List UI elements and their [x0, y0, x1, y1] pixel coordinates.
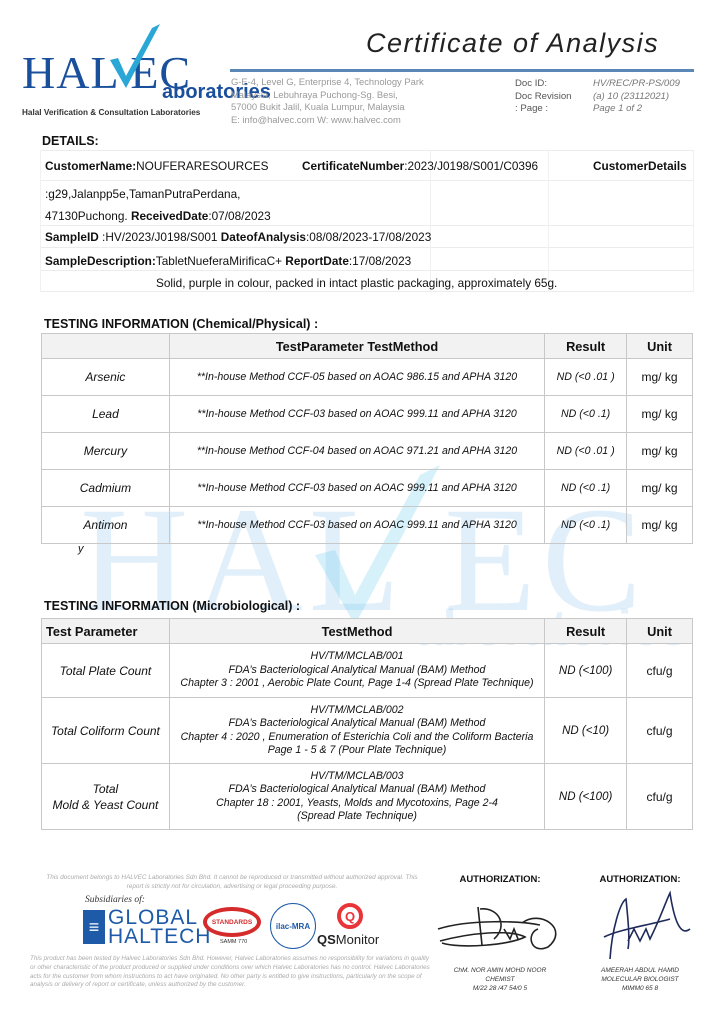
test-method: HV/TM/MCLAB/001FDA’s Bacteriological Ana…	[169, 644, 544, 698]
authorizer-role: MOLECULAR BIOLOGIST	[570, 975, 710, 984]
method-line: FDA’s Bacteriological Analytical Manual …	[170, 783, 544, 797]
test-unit: mg/ kg	[627, 470, 693, 507]
test-unit: cfu/g	[627, 644, 693, 698]
test-parameter: Antimon	[42, 507, 170, 544]
authorization-chemist: AUTHORIZATION: ChM. NOR AMIN MOHD NOOR C…	[430, 874, 570, 993]
test-method: **In-house Method CCF-04 based on AOAC 9…	[169, 433, 544, 470]
test-parameter: Total Plate Count	[42, 644, 170, 698]
authorizer-name: AMEERAH ABDUL HAMID	[570, 966, 710, 975]
subsidiaries-label: Subsidiaries of:	[85, 895, 145, 905]
doc-page-label: : Page :	[515, 103, 593, 116]
table-header-row: TestParameter TestMethod Result Unit	[42, 334, 693, 359]
customer-address-line1: :g29,Jalanpp5e,TamanPutraPerdana,	[45, 187, 240, 201]
test-result: ND (<100)	[545, 764, 627, 830]
test-unit: mg/ kg	[627, 359, 693, 396]
qs-text: QS	[317, 932, 336, 947]
column-header	[42, 334, 170, 359]
report-date-label: ReportDate	[285, 254, 349, 268]
test-result: ND (<0 .1)	[545, 507, 627, 544]
global-haltech-logo: ≡ GLOBAL HALTECH	[83, 908, 211, 946]
qs-monitor-logo: QSMonitor	[317, 932, 379, 947]
column-header-test-method: TestMethod	[169, 619, 544, 644]
authorization-biologist: AUTHORIZATION: AMEERAH ABDUL HAMID MOLEC…	[570, 874, 710, 993]
disclaimer: This product has been tested by Halvec L…	[30, 955, 430, 990]
test-parameter: TotalMold & Yeast Count	[42, 764, 170, 830]
test-method: **In-house Method CCF-05 based on AOAC 9…	[169, 359, 544, 396]
test-unit: mg/ kg	[627, 507, 693, 544]
monitor-text: Monitor	[336, 932, 379, 947]
column-header-unit: Unit	[627, 619, 693, 644]
table-row: Mercury**In-house Method CCF-04 based on…	[42, 433, 693, 470]
address-line: 57000 Bukit Jalil, Kuala Lumpur, Malaysi…	[231, 101, 491, 114]
doc-id-value: HV/REC/PR-PS/009	[593, 78, 680, 91]
parameter-line: Total	[42, 781, 169, 797]
doc-page-value: Page 1 of 2	[593, 103, 642, 116]
received-date-value: :07/08/2023	[208, 209, 270, 223]
date-of-analysis-value: :08/08/2023-17/08/2023	[306, 230, 431, 244]
table-row: Lead**In-house Method CCF-03 based on AO…	[42, 396, 693, 433]
ilac-mra-logo: ilac-MRA	[270, 903, 316, 949]
ilac-text: ilac-MRA	[276, 922, 310, 931]
test-result: ND (<0 .1)	[545, 396, 627, 433]
method-line: HV/TM/MCLAB/001	[170, 650, 544, 664]
authorization-label: AUTHORIZATION:	[430, 874, 570, 885]
test-unit: mg/ kg	[627, 433, 693, 470]
sample-description-row: SampleDescription:TabletNueferaMirificaC…	[45, 254, 411, 268]
method-line: FDA’s Bacteriological Analytical Manual …	[170, 664, 544, 678]
address-received-row: 47130Puchong. ReceivedDate:07/08/2023	[45, 209, 271, 223]
table-row: Total Plate CountHV/TM/MCLAB/001FDA’s Ba…	[42, 644, 693, 698]
global-haltech-text: GLOBAL HALTECH	[108, 908, 211, 946]
customer-name-row: CustomerName:NOUFERARESOURCES	[45, 159, 269, 173]
doc-revision-label: Doc Revision	[515, 91, 593, 104]
method-line: Chapter 18 : 2001, Yeasts, Molds and Myc…	[170, 797, 544, 811]
method-line: FDA’s Bacteriological Analytical Manual …	[170, 717, 544, 731]
signature-icon	[570, 889, 710, 961]
logo-tagline: Halal Verification & Consultation Labora…	[22, 108, 200, 117]
sample-id-label: SampleID	[45, 230, 102, 244]
column-header-result: Result	[545, 619, 627, 644]
checkmark-icon	[104, 20, 164, 100]
sample-id-row: SampleID :HV/2023/J0198/S001 DateofAnaly…	[45, 230, 431, 244]
table-row: TotalMold & Yeast CountHV/TM/MCLAB/003FD…	[42, 764, 693, 830]
test-parameter: Arsenic	[42, 359, 170, 396]
test-method: **In-house Method CCF-03 based on AOAC 9…	[169, 507, 544, 544]
test-parameter: Mercury	[42, 433, 170, 470]
microbiological-results-table: Test Parameter TestMethod Result Unit To…	[41, 618, 693, 830]
authorization-label: AUTHORIZATION:	[570, 874, 710, 885]
halvec-logo: HAL EC aboratories Halal Verification & …	[22, 20, 227, 115]
standards-malaysia-badge: STANDARDS	[203, 907, 261, 937]
microbiological-heading: TESTING INFORMATION (Microbiological) :	[44, 599, 300, 613]
table-row: Total Coliform CountHV/TM/MCLAB/002FDA’s…	[42, 698, 693, 764]
table-row: Antimon**In-house Method CCF-03 based on…	[42, 507, 693, 544]
authorizer-name: ChM. NOR AMIN MOHD NOOR	[430, 966, 570, 975]
method-line: (Spread Plate Technique)	[170, 810, 544, 824]
document-meta: Doc ID:HV/REC/PR-PS/009 Doc Revision(a) …	[515, 78, 680, 116]
test-unit: cfu/g	[627, 764, 693, 830]
test-result: ND (<100)	[545, 644, 627, 698]
test-method: **In-house Method CCF-03 based on AOAC 9…	[169, 470, 544, 507]
authorizer-role: CHEMIST	[430, 975, 570, 984]
standards-badge-text: STANDARDS	[212, 919, 252, 926]
doc-revision-value: (a) 10 (23112021)	[593, 91, 669, 104]
test-result: ND (<10)	[545, 698, 627, 764]
method-line: HV/TM/MCLAB/002	[170, 704, 544, 718]
test-unit: cfu/g	[627, 698, 693, 764]
customer-name-label: CustomerName:	[45, 159, 136, 173]
customer-details-text: CustomerDetails	[593, 159, 687, 173]
global-haltech-icon: ≡	[83, 910, 105, 944]
customer-details-label: CustomerDetails	[593, 159, 687, 173]
method-line: Page 1 - 5 & 7 (Pour Plate Technique)	[170, 744, 544, 758]
report-date-value: :17/08/2023	[349, 254, 411, 268]
global-haltech-line2: HALTECH	[108, 927, 211, 946]
address-contact: E: info@halvec.com W: www.halvec.com	[231, 114, 491, 127]
test-result: ND (<0 .1)	[545, 470, 627, 507]
test-method: HV/TM/MCLAB/003FDA’s Bacteriological Ana…	[169, 764, 544, 830]
document-title: Certificate of Analysis	[366, 28, 659, 59]
customer-address-line2: 47130Puchong.	[45, 209, 131, 223]
date-of-analysis-label: DateofAnalysis	[221, 230, 306, 244]
details-heading: DETAILS:	[42, 134, 99, 148]
method-line: Chapter 4 : 2020 , Enumeration of Esteri…	[170, 731, 544, 745]
table-row: Arsenic**In-house Method CCF-05 based on…	[42, 359, 693, 396]
certificate-number-value: :2023/J0198/S001/C0396	[404, 159, 538, 173]
column-header-test-parameter: Test Parameter	[42, 619, 170, 644]
lab-address: G-E-4, Level G, Enterprise 4, Technology…	[231, 76, 491, 126]
signature-icon	[430, 889, 570, 961]
address-line: G-E-4, Level G, Enterprise 4, Technology…	[231, 76, 491, 89]
title-divider	[230, 69, 694, 72]
certificate-number-label: CertificateNumber	[302, 159, 404, 173]
table-row: Cadmium**In-house Method CCF-03 based on…	[42, 470, 693, 507]
authorizer-registration: MIMM0 65 8	[570, 984, 710, 993]
parameter-line: Total Coliform Count	[42, 723, 169, 739]
doc-id-label: Doc ID:	[515, 78, 593, 91]
test-method: **In-house Method CCF-03 based on AOAC 9…	[169, 396, 544, 433]
stray-text: y	[78, 543, 84, 555]
method-line: HV/TM/MCLAB/003	[170, 770, 544, 784]
test-parameter: Cadmium	[42, 470, 170, 507]
chemical-heading: TESTING INFORMATION (Chemical/Physical) …	[44, 317, 318, 331]
test-result: ND (<0 .01 )	[545, 359, 627, 396]
sample-id-value: :HV/2023/J0198/S001	[102, 230, 221, 244]
column-header-test-method: TestParameter TestMethod	[169, 334, 544, 359]
received-date-label: ReceivedDate	[131, 209, 208, 223]
test-method: HV/TM/MCLAB/002FDA’s Bacteriological Ana…	[169, 698, 544, 764]
sample-description-label: SampleDescription:	[45, 254, 156, 268]
qs-monitor-icon: Q	[337, 903, 363, 929]
test-result: ND (<0 .01 )	[545, 433, 627, 470]
customer-name-value: NOUFERARESOURCES	[136, 159, 268, 173]
chemical-results-table: TestParameter TestMethod Result Unit Ars…	[41, 333, 693, 544]
column-header-result: Result	[545, 334, 627, 359]
samm-label: SAMM 770	[220, 939, 247, 945]
ownership-notice: This document belongs to HALVEC Laborato…	[42, 873, 422, 891]
test-unit: mg/ kg	[627, 396, 693, 433]
test-parameter: Total Coliform Count	[42, 698, 170, 764]
method-line: Chapter 3 : 2001 , Aerobic Plate Count, …	[170, 677, 544, 691]
doc-revision-row: Doc Revision(a) 10 (23112021)	[515, 91, 680, 104]
certificate-number-row: CertificateNumber:2023/J0198/S001/C0396	[302, 159, 538, 173]
column-header-unit: Unit	[627, 334, 693, 359]
doc-id-row: Doc ID:HV/REC/PR-PS/009	[515, 78, 680, 91]
sample-appearance: Solid, purple in colour, packed in intac…	[156, 276, 557, 290]
test-parameter: Lead	[42, 396, 170, 433]
doc-page-row: : Page :Page 1 of 2	[515, 103, 680, 116]
authorizer-registration: M/22 28 /47 54/0 5	[430, 984, 570, 993]
parameter-line: Total Plate Count	[42, 663, 169, 679]
parameter-line: Mold & Yeast Count	[42, 797, 169, 813]
table-header-row: Test Parameter TestMethod Result Unit	[42, 619, 693, 644]
address-line: Malaysia, Lebuhraya Puchong-Sg. Besi,	[231, 89, 491, 102]
sample-description-value: TabletNueferaMirificaC+	[156, 254, 286, 268]
